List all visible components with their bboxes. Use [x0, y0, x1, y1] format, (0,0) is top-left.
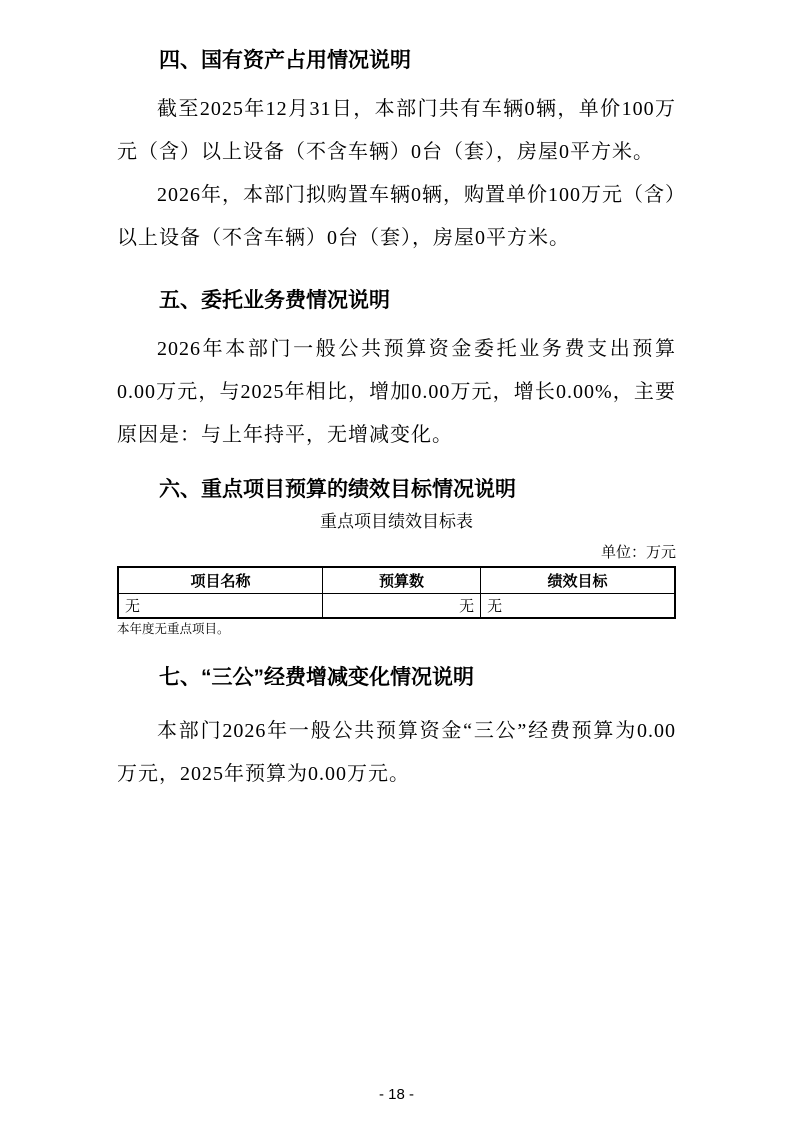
table-cell-performance-target: 无 — [481, 594, 675, 619]
table-title: 重点项目绩效目标表 — [117, 510, 676, 534]
document-page: 四、国有资产占用情况说明 截至2025年12月31日，本部门共有车辆0辆，单价1… — [0, 0, 793, 1122]
section-heading-entrusted-fees: 五、委托业务费情况说明 — [117, 286, 676, 315]
paragraph-assets-planned: 2026年，本部门拟购置车辆0辆，购置单价100万元（含）以上设备（不含车辆）0… — [117, 174, 676, 260]
performance-target-table: 项目名称 预算数 绩效目标 无 无 无 — [117, 566, 676, 619]
table-header-project-name: 项目名称 — [118, 567, 322, 594]
paragraph-assets-current: 截至2025年12月31日，本部门共有车辆0辆，单价100万元（含）以上设备（不… — [117, 88, 676, 174]
table-footnote: 本年度无重点项目。 — [117, 621, 676, 637]
document-content: 四、国有资产占用情况说明 截至2025年12月31日，本部门共有车辆0辆，单价1… — [0, 0, 793, 796]
table-row: 无 无 无 — [118, 594, 675, 619]
table-header-row: 项目名称 预算数 绩效目标 — [118, 567, 675, 594]
paragraph-three-public-expenses: 本部门2026年一般公共预算资金“三公”经费预算为0.00万元，2025年预算为… — [117, 710, 676, 796]
table-header-performance-target: 绩效目标 — [481, 567, 675, 594]
table-cell-budget-amount: 无 — [322, 594, 480, 619]
page-number: - 18 - — [0, 1086, 793, 1103]
section-heading-state-assets: 四、国有资产占用情况说明 — [117, 46, 676, 75]
table-header-budget-amount: 预算数 — [322, 567, 480, 594]
section-heading-key-projects: 六、重点项目预算的绩效目标情况说明 — [117, 475, 676, 504]
section-heading-three-public-expenses: 七、“三公”经费增减变化情况说明 — [117, 663, 676, 692]
table-unit-label: 单位：万元 — [117, 542, 676, 564]
paragraph-entrusted-fees: 2026年本部门一般公共预算资金委托业务费支出预算0.00万元，与2025年相比… — [117, 328, 676, 457]
table-cell-project-name: 无 — [118, 594, 322, 619]
